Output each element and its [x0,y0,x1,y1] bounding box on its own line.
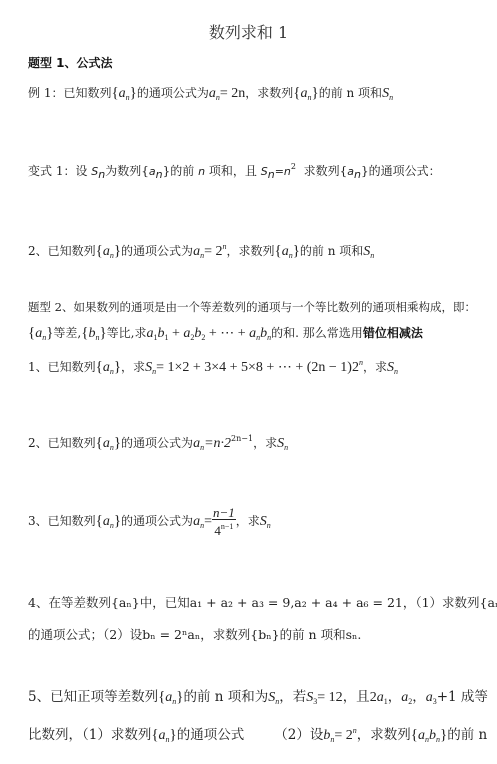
example1: 例 1：已知数列{an}的通项公式为an= 2n，求数列{an}的前 n 项和S… [28,84,393,107]
section1-heading: 题型 1、公式法 [28,54,113,72]
s2-problem5-line1: 5、已知正项等差数列{an}的前 n 项和为Sn，若S3= 12，且2a1，a2… [28,688,488,711]
section2-intro: 题型 2、如果数列的通项是由一个等差数列的通项与一个等比数列的通项相乘构成，即： [28,298,476,316]
example1-prefix: 例 1：已知数列 [28,86,111,100]
s2-problem4-line1: 4、在等差数列{aₙ}中，已知a₁ + a₂ + a₃ = 9,a₂ + a₄ … [28,594,497,612]
s1-problem2: 2、已知数列{an}的通项公式为an= 2n，求数列{an}的前 n 项和Sn [28,238,374,265]
s2-problem2: 2、已知数列{an}的通项公式为an=n·22n−1，求Sn [28,430,288,457]
s2-problem5-line2: 比数列，（1）求数列{an}的通项公式 （2）设bn= 2n，求数列{anbn}… [28,722,487,749]
fraction: n−14n−1 [212,506,236,537]
variant1: 变式 1：设 Sn为数列{an}的前 n 项和，且 Sn=n2 求数列{an}的… [28,158,441,184]
s2-problem1: 1、已知数列{an}，求Sn= 1×2 + 3×4 + 5×8 + ⋯ + (2… [28,354,398,381]
example1-formula: = 2n [220,86,245,101]
method-highlight: 错位相减法 [363,326,423,340]
page-title: 数列求和 1 [0,20,497,43]
section2-line2: {an}等差,{bn}等比,求a1b1 + a2b2 + ⋯ + anbn的和.… [28,324,423,347]
s2-problem3: 3、已知数列{an}的通项公式为an=n−14n−1，求Sn [28,506,271,541]
s2-problem4-line2: 的通项公式；（2）设bₙ = 2ⁿaₙ，求数列{bₙ}的前 n 项和sₙ. [28,626,361,644]
